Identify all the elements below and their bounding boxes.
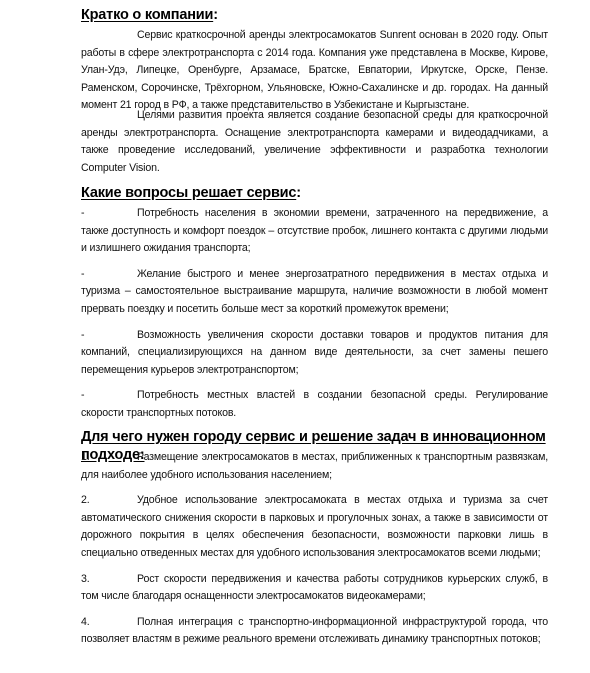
heading-about-text: Кратко о компании [81,7,213,23]
list-item-text: Рост скорости передвижения и качества ра… [81,573,548,603]
list-item-text: Размещение электросамокатов в местах, пр… [81,451,548,481]
heading-about: Кратко о компании: [81,6,218,24]
list-item-text: Возможность увеличения скорости доставки… [81,329,548,376]
list-marker: - [81,266,137,284]
list-marker: 1. [81,449,137,467]
list-item: 1.Размещение электросамокатов в местах, … [81,449,548,484]
about-paragraph-2: Целями развития проекта является создани… [81,107,548,177]
about-paragraph-1: Сервис краткосрочной аренды электросамок… [81,27,548,115]
heading-about-colon: : [213,7,218,23]
list-item-text: Желание быстрого и менее энергозатратног… [81,268,548,315]
list-marker: 4. [81,614,137,632]
list-item: -Желание быстрого и менее энергозатратно… [81,266,548,319]
list-item: -Потребность местных властей в создании … [81,387,548,422]
list-marker: 2. [81,492,137,510]
list-item: 4.Полная интеграция с транспортно-информ… [81,614,548,649]
questions-list: -Потребность населения в экономии времен… [81,205,548,431]
heading-questions-text: Какие вопросы решает сервис [81,185,296,201]
heading-questions: Какие вопросы решает сервис: [81,184,301,202]
heading-questions-colon: : [296,185,301,201]
list-marker: 3. [81,571,137,589]
list-marker: - [81,327,137,345]
list-item-text: Полная интеграция с транспортно-информац… [81,616,548,646]
list-item: -Возможность увеличения скорости доставк… [81,327,548,380]
list-item-text: Потребность местных властей в создании б… [81,389,548,419]
list-item: -Потребность населения в экономии времен… [81,205,548,258]
list-item: 3.Рост скорости передвижения и качества … [81,571,548,606]
list-marker: - [81,205,137,223]
list-item-text: Потребность населения в экономии времени… [81,207,548,254]
list-item-text: Удобное использование электросамоката в … [81,494,548,559]
list-item: 2.Удобное использование электросамоката … [81,492,548,562]
city-list: 1.Размещение электросамокатов в местах, … [81,449,548,657]
list-marker: - [81,387,137,405]
